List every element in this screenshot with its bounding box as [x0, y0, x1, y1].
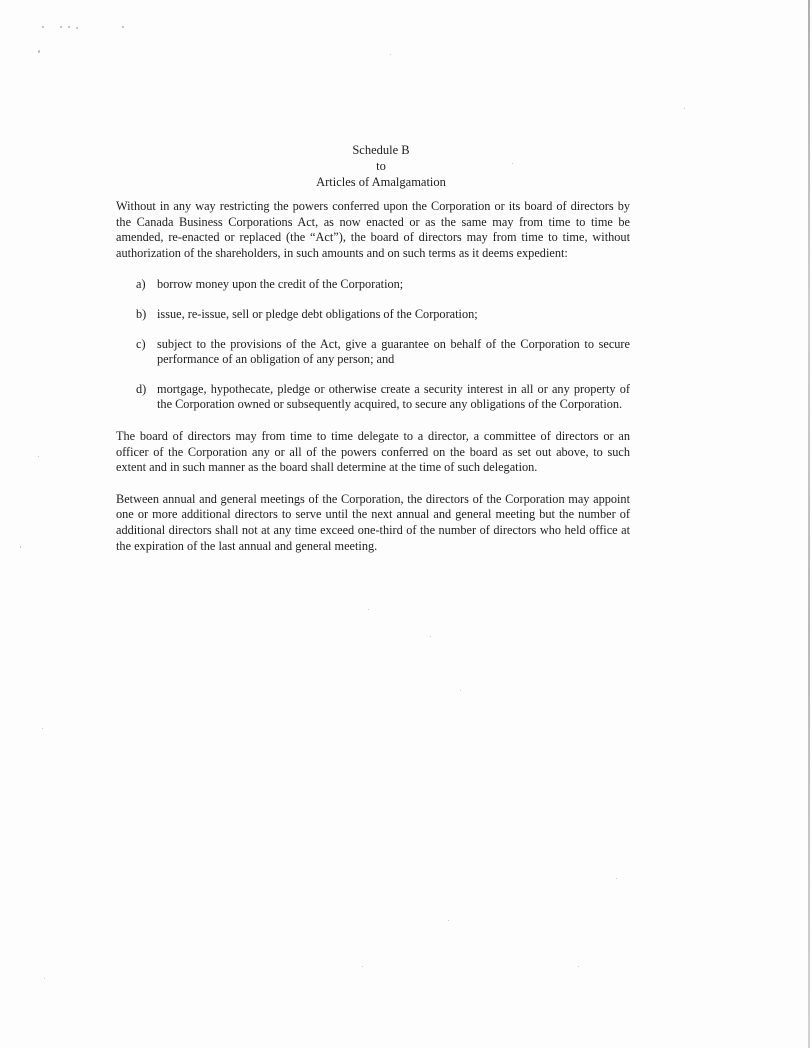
scan-speck — [60, 26, 62, 28]
list-item-text: borrow money upon the credit of the Corp… — [157, 277, 630, 293]
intro-paragraph: Without in any way restricting the power… — [116, 199, 630, 261]
title-line-schedule: Schedule B — [0, 142, 762, 158]
scan-speck — [42, 26, 44, 28]
delegation-paragraph: The board of directors may from time to … — [116, 429, 630, 476]
document-body: Without in any way restricting the power… — [116, 199, 630, 570]
scan-speck — [448, 920, 449, 921]
scan-speck — [368, 609, 369, 610]
scan-speck — [684, 108, 685, 109]
scan-edge-line — [808, 0, 810, 1048]
list-item-text: mortgage, hypothecate, pledge or otherwi… — [157, 382, 630, 413]
list-marker: a) — [136, 277, 157, 293]
list-item: a) borrow money upon the credit of the C… — [116, 277, 630, 293]
scan-speck — [76, 27, 78, 29]
scan-speck — [42, 728, 43, 729]
scan-speck — [20, 546, 21, 548]
list-marker: d) — [136, 382, 157, 413]
scan-speck — [390, 54, 391, 55]
scan-speck — [38, 50, 40, 53]
list-item-text: issue, re-issue, sell or pledge debt obl… — [157, 307, 630, 323]
scan-speck — [68, 26, 70, 28]
scan-speck — [362, 966, 363, 967]
scan-speck — [44, 978, 45, 979]
scan-speck — [122, 26, 124, 28]
list-item: b) issue, re-issue, sell or pledge debt … — [116, 307, 630, 323]
title-line-articles: Articles of Amalgamation — [0, 174, 762, 190]
list-item: d) mortgage, hypothecate, pledge or othe… — [116, 382, 630, 413]
additional-directors-paragraph: Between annual and general meetings of t… — [116, 492, 630, 554]
list-item-text: subject to the provisions of the Act, gi… — [157, 337, 630, 368]
scan-speck — [460, 690, 461, 691]
scan-speck — [616, 878, 617, 879]
scan-speck — [578, 966, 579, 967]
scan-speck — [38, 456, 39, 457]
list-marker: b) — [136, 307, 157, 323]
powers-list: a) borrow money upon the credit of the C… — [116, 277, 630, 413]
scan-speck — [430, 636, 431, 637]
schedule-title: Schedule B to Articles of Amalgamation — [0, 142, 762, 190]
list-item: c) subject to the provisions of the Act,… — [116, 337, 630, 368]
list-marker: c) — [136, 337, 157, 368]
title-line-to: to — [0, 158, 762, 174]
scanned-document-page: Schedule B to Articles of Amalgamation W… — [0, 0, 812, 1048]
